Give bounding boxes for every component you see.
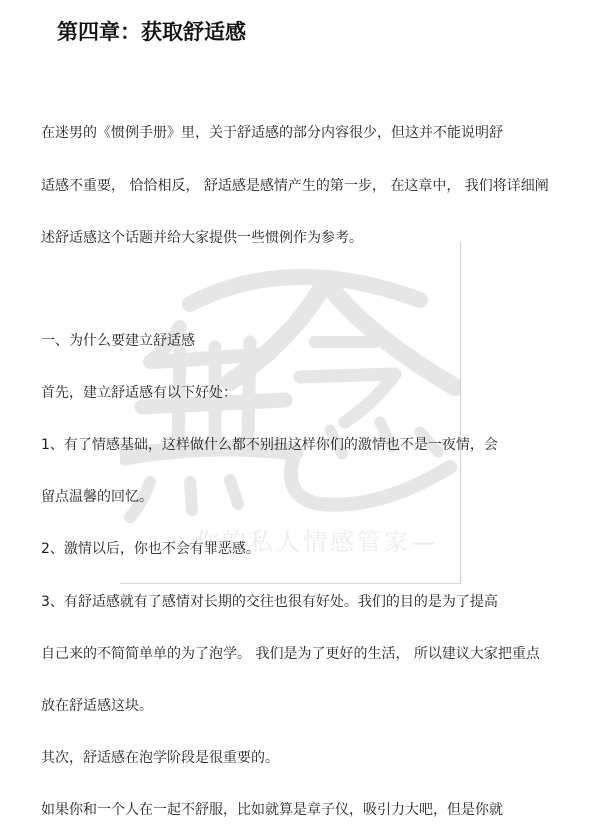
- watermark-border-right: [460, 242, 461, 584]
- chapter-title: 第四章：获取舒适感: [57, 16, 246, 46]
- section-heading: 一、为什么要建立舒适感: [41, 332, 195, 350]
- paragraph-line: 述舒适感这个话题并给大家提供一些惯例作为参考。: [41, 229, 363, 247]
- paragraph-line: 适感不重要， 恰恰相反， 舒适感是感情产生的第一步， 在这章中， 我们将详细阐: [41, 177, 549, 195]
- list-item: 3、有舒适感就有了感情对长期的交往也很有好处。我们的目的是为了提高: [41, 593, 498, 611]
- paragraph-line: 首先，建立舒适感有以下好处：: [41, 384, 237, 402]
- watermark-border-bottom: [120, 583, 461, 584]
- list-item: 2、激情以后，你也不会有罪恶感。: [41, 540, 260, 558]
- paragraph-line: 放在舒适感这块。: [41, 697, 153, 715]
- document-page: 第四章：获取舒适感: [0, 0, 600, 830]
- watermark-logo-icon: [120, 242, 461, 584]
- paragraph-line: 如果你和一个人在一起不舒服，比如就算是章子仪，吸引力大吧，但是你就: [41, 801, 503, 819]
- watermark: —你的私人情感管家—: [120, 242, 461, 584]
- paragraph-line: 其次，舒适感在泡学阶段是很重要的。: [41, 749, 279, 767]
- list-item: 1、有了情感基础，这样做什么都不别扭这样你们的激情也不是一夜情，会: [41, 436, 498, 454]
- paragraph-line: 自己来的不简简单单的为了泡学。 我们是为了更好的生活， 所以建议大家把重点: [41, 645, 540, 663]
- paragraph-line: 留点温馨的回忆。: [41, 488, 153, 506]
- paragraph-line: 在迷男的《惯例手册》里，关于舒适感的部分内容很少，但这并不能说明舒: [41, 124, 503, 142]
